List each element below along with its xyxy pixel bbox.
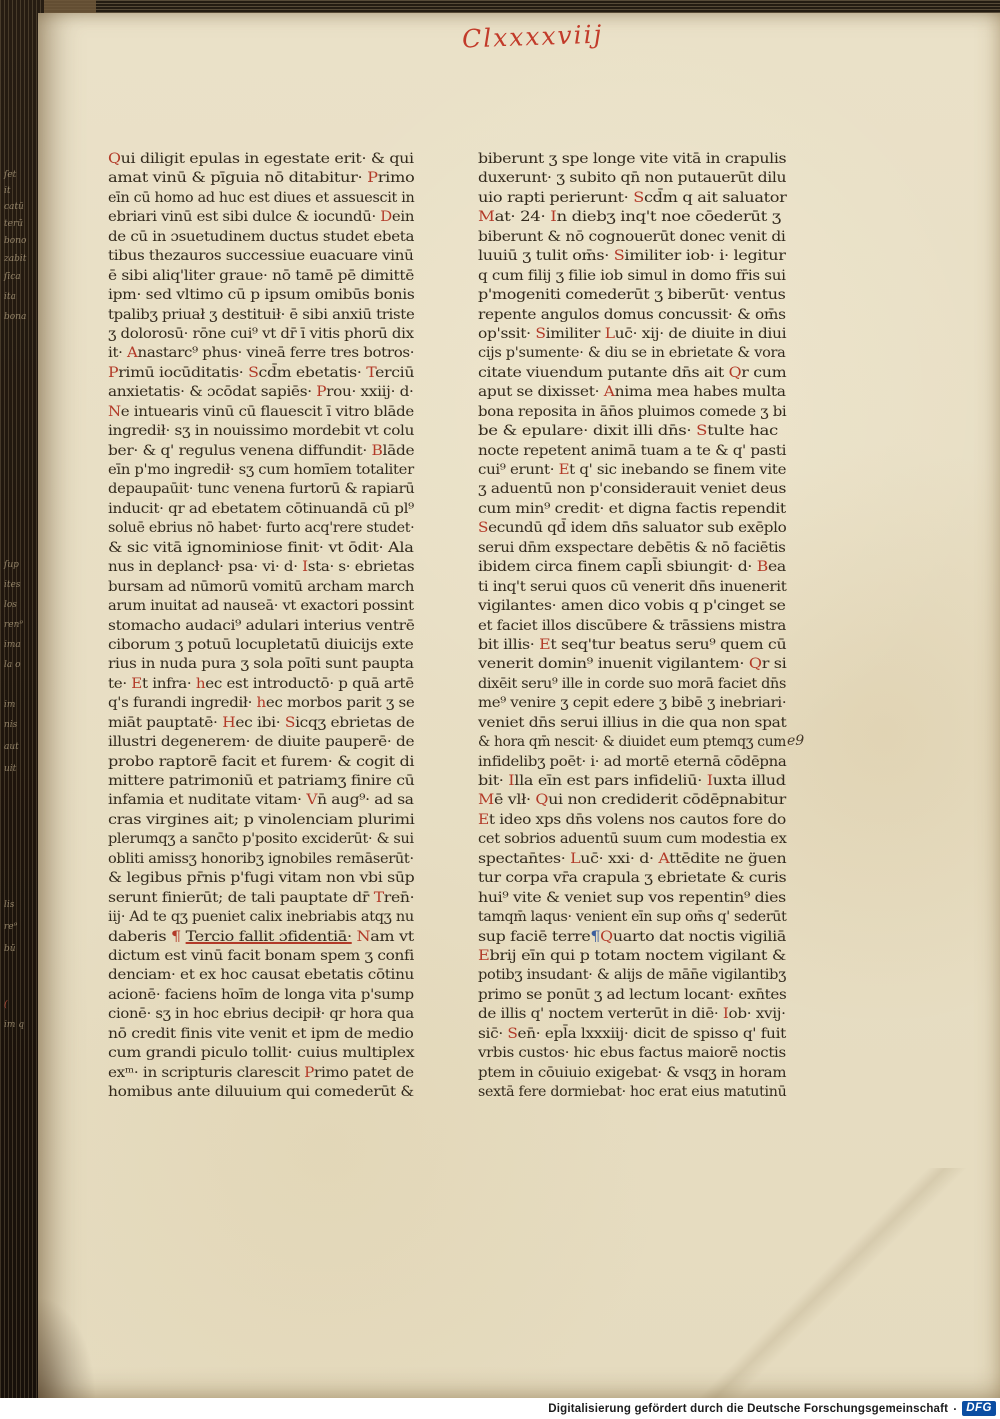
text-segment: duxerunt· ʒ subito qn̄ non putauerūt dil… [478, 170, 786, 186]
text-line: cum min⁹ credit· et digna factis rependi… [478, 500, 786, 519]
text-line: aput se dixisset· Anima mea habes multa [478, 383, 786, 402]
text-segment: ʒ dolorosū· rōne cui⁹ vt dr̄ ī vitis pho… [108, 326, 414, 342]
text-segment: tulte hac [707, 423, 778, 439]
text-segment: en̄· epl̄a lxxxiij· dicit de spisso q' f… [518, 1026, 786, 1042]
text-line: vigilantes· amen dico vobis q p'cinget s… [478, 597, 786, 616]
marginalia-fragment: im [4, 700, 15, 710]
text-segment: Q [535, 792, 548, 808]
text-line: & sic vitā ignominiose finit· vt ōdit· A… [108, 539, 414, 558]
text-line: & hora qm̄ nescit· & diuidet eum ptemqʒ … [478, 733, 786, 752]
text-line: q cum filij ʒ filie iob simul in domo fr… [478, 267, 786, 286]
marginalia-fragment: ita [4, 292, 16, 302]
text-segment: repente angulos domus concussit· & om̄s [478, 307, 786, 323]
text-line: sic̄· Sen̄· epl̄a lxxxiij· dicit de spis… [478, 1025, 786, 1044]
text-segment: cum min⁹ credit· et digna factis rependi… [478, 501, 786, 517]
text-segment: Q [749, 656, 762, 672]
text-column-left: Qui diligit epulas in egestate erit· & q… [108, 150, 414, 1102]
text-segment: at· 24· [495, 209, 551, 225]
text-segment: sup faciē terre [478, 929, 590, 945]
text-segment: n̄ aug⁹· ad sa [317, 792, 414, 808]
dfg-logo: DFG [962, 1401, 996, 1416]
text-segment: soluē ebrius nō habet· furto acq'rere st… [108, 520, 414, 536]
text-segment: exᵐ· in scripturis clarescit [108, 1065, 304, 1081]
text-line: cras virgines ait; p vinolenciam plurimi [108, 811, 414, 830]
text-segment: bit illis· [478, 637, 539, 653]
marginalia-fragment: ren⁹ [4, 620, 23, 630]
text-segment: r cum [741, 365, 786, 381]
text-segment: M [478, 209, 495, 225]
text-segment: rimo patet de [314, 1065, 414, 1081]
text-segment: P [316, 384, 326, 400]
text-segment: ti inq't serui quos cū venerit dn̄s inue… [478, 579, 786, 595]
text-line: arum inuitat ad nauseā· vt exactori poss… [108, 597, 414, 616]
text-line: biberunt ʒ spe longe vite vitā in crapul… [478, 150, 786, 169]
text-segment: rou· xxiij· d· [326, 384, 413, 400]
text-segment: E [478, 948, 489, 964]
text-segment: sic̄· [478, 1026, 507, 1042]
text-segment: e intuearis vinū cū flauescit ī vitro bl… [121, 404, 414, 420]
text-segment: iij· Ad te qʒ pueniet calix inebriabis a… [108, 909, 414, 925]
text-line: Qui diligit epulas in egestate erit· & q… [108, 150, 414, 169]
text-segment: aput se dixisset· [478, 384, 604, 400]
text-segment: ob· xvij· [729, 1006, 786, 1022]
digitization-credit-text: Digitalisierung gefördert durch die Deut… [548, 1403, 948, 1415]
text-line: sup faciē terre¶Quarto dat noctis vigili… [478, 928, 786, 947]
text-line: infamia et nuditate vitam· Vn̄ aug⁹· ad … [108, 791, 414, 810]
text-line: dictum est vinū facit bonam spem ʒ confi [108, 947, 414, 966]
text-line: eīn cū homo ad huc est diues et assuesci… [108, 189, 414, 208]
text-line: soluē ebrius nō habet· furto acq'rere st… [108, 519, 414, 538]
text-segment: uc̄· xxi· d· [580, 851, 658, 867]
text-segment: eīn cū homo ad huc est diues et assuesci… [108, 190, 414, 206]
text-line: it· Anastarc⁹ phus· vineā ferre tres bot… [108, 344, 414, 363]
text-segment: uxta illud [713, 773, 786, 789]
text-line: hui⁹ vite & veniet sup vos repentin⁹ die… [478, 889, 786, 908]
text-segment: dictum est vinū facit bonam spem ʒ confi [108, 948, 414, 964]
text-segment: & legibus pr̄nis p'fugi vitam non vbi sū… [108, 870, 414, 886]
text-line: miāt pauptatē· Hec ibi· Sicqʒ ebrietas d… [108, 714, 414, 733]
marginalia-fragment: im q [4, 1020, 24, 1030]
text-segment: ecundū qd̄ idem dn̄s saluator sub exēplo [488, 520, 786, 536]
text-segment: ec est introductō· p quā artē [205, 676, 414, 692]
text-line: luuiū ʒ tulit om̄s· Similiter iob· i· le… [478, 247, 786, 266]
text-line: eīn p'mo ingredił· sʒ cum homīem totalit… [108, 461, 414, 480]
scanned-book-page: Clxxxxviij Qui diligit epulas in egestat… [0, 0, 1000, 1419]
text-segment: sextā fere dormiebat· hoc erat eius matu… [478, 1084, 786, 1100]
text-line: & legibus pr̄nis p'fugi vitam non vbi sū… [108, 869, 414, 888]
text-line: ē sibi aliq'liter graue· nō tamē pē dimi… [108, 267, 414, 286]
text-line: bursam ad nūmorū vomitū archam march [108, 578, 414, 597]
text-segment: t q' sic inebando se finem vite [569, 462, 786, 478]
text-segment: P [304, 1065, 314, 1081]
text-line: me⁹ venire ʒ cepit edere ʒ bibē ʒ inebri… [478, 694, 786, 713]
text-segment: erciū [375, 365, 414, 381]
text-line: tpalibʒ priuał ʒ destituił· ē sibi anxiū… [108, 306, 414, 325]
text-segment: ren̄· [384, 890, 414, 906]
text-segment: ber· & q' regulus venena diffundit· [108, 443, 372, 459]
text-segment: ipm· sed vltimo cū p ipsum omibūs bonis [108, 287, 414, 303]
text-segment: t seq'tur beatus seru⁹ quem cū [550, 637, 786, 653]
folio-number: Clxxxxviij [462, 20, 604, 54]
text-line: Primū iocūditatis· Scd̄m ebetatis· Terci… [108, 364, 414, 383]
text-line: uio rapti perierunt· Scd̄m q ait saluato… [478, 189, 786, 208]
marginalia-fragment: bono [4, 236, 26, 246]
text-segment: brij eīn qui p totam noctem vigilant & [489, 948, 785, 964]
text-segment: serunt finierūt; de tali pauptate dr̄ [108, 890, 374, 906]
marginalia-left: ſetitcatūterūbonozabitſicaitabonaſupites… [2, 0, 36, 1419]
text-segment: denciam· et ex hoc causat ebetatis cōtin… [108, 967, 414, 983]
text-line: obliti amissʒ honoribʒ ignobiles remāser… [108, 850, 414, 869]
text-segment: & sic vitā ignominiose finit· vt ōdit· A… [108, 540, 413, 556]
marginalia-fragment: ſica [4, 272, 21, 282]
text-segment: p'mogeniti comederūt ʒ biberūt· ventus [478, 287, 786, 303]
text-segment: S [696, 423, 707, 439]
marginalia-fragment: aut [4, 742, 19, 752]
text-segment: it· [108, 345, 127, 361]
text-segment: obliti amissʒ honoribʒ ignobiles remāser… [108, 851, 414, 867]
text-segment: probo raptorē facit et furem· & cogit di [108, 754, 414, 770]
text-segment: E [539, 637, 550, 653]
text-segment: me⁹ venire ʒ cepit edere ʒ bibē ʒ inebri… [478, 695, 786, 711]
text-segment: spectan̄tes· [478, 851, 570, 867]
text-line: cum grandi piculo tollit· cuius multiple… [108, 1044, 414, 1063]
marginalia-fragment: ites [4, 580, 20, 590]
text-segment: et faciet illos discūbere & trāssiens mi… [478, 618, 786, 634]
text-segment: plerumqʒ a sanc̄to p'posito exciderūt· &… [108, 831, 414, 847]
text-segment: uc̄· xij· de diuite in diui [615, 326, 787, 342]
text-line: plerumqʒ a sanc̄to p'posito exciderūt· &… [108, 830, 414, 849]
text-line: bit illis· Et seq'tur beatus seru⁹ quem … [478, 636, 786, 655]
text-segment: cd̄m q ait saluator [644, 190, 787, 206]
marginalia-fragment: lis [4, 900, 14, 910]
text-segment: citate viuendum putante dn̄s ait [478, 365, 729, 381]
marginalia-fragment: los [4, 600, 17, 610]
text-segment: N [356, 929, 370, 945]
text-column-right: biberunt ʒ spe longe vite vitā in crapul… [478, 150, 786, 1102]
text-segment: uio rapti perierunt· [478, 190, 633, 206]
text-segment: cui⁹ erunt· [478, 462, 559, 478]
text-segment: E [478, 812, 489, 828]
text-line: vrbis custos· hic ebus factus maiorē noc… [478, 1044, 786, 1063]
text-line: nocte repetent animā tuam a te & q' past… [478, 442, 786, 461]
text-segment: ʒ aduentū non p'considerauit veniet deus [478, 481, 786, 497]
text-segment: bona reposita in ān̄os pluimos comede ʒ … [478, 404, 786, 420]
text-line: probo raptorē facit et furem· & cogit di [108, 753, 414, 772]
text-segment: cum grandi piculo tollit· cuius multiple… [108, 1045, 414, 1061]
text-segment: dixēit seru⁹ ille in corde suo morā faci… [478, 676, 786, 692]
text-segment: nus in deplancł· psa· vi· d· [108, 559, 302, 575]
text-line: exᵐ· in scripturis clarescit Primo patet… [108, 1064, 414, 1083]
text-line: nus in deplancł· psa· vi· d· Ista· s· eb… [108, 558, 414, 577]
text-segment: cet sobrios aduentū suum cum modestia ex [478, 831, 787, 847]
text-segment: tpalibʒ priuał ʒ destituił· ē sibi anxiū… [108, 307, 414, 323]
text-line: cijs p'sumente· & diu se in ebrietate & … [478, 344, 786, 363]
text-segment: homibus ante diluuium qui comederūt & [108, 1084, 414, 1100]
text-segment: ibidem circa finem capl̄i sbiungit· d· [478, 559, 757, 575]
text-segment: B [372, 443, 383, 459]
text-segment: & hora qm̄ nescit· & diuidet eum ptemqʒ … [478, 734, 786, 750]
text-segment: ebriari vinū est sibi dulce & iocundū· [108, 209, 380, 225]
text-segment: S [535, 326, 545, 342]
text-line: ʒ dolorosū· rōne cui⁹ vt dr̄ ī vitis pho… [108, 325, 414, 344]
text-segment: ttēdite ne g̈uen [669, 851, 786, 867]
text-line: duxerunt· ʒ subito qn̄ non putauerūt dil… [478, 169, 786, 188]
text-line: ber· & q' regulus venena diffundit· Blād… [108, 442, 414, 461]
marginalia-fragment: it [4, 186, 11, 196]
text-segment: stomacho audaci⁹ adulari interius ventrē [108, 618, 415, 634]
text-segment: miāt pauptatē· [108, 715, 222, 731]
text-segment: q cum filij ʒ filie iob simul in domo fr… [478, 268, 786, 284]
text-segment: ptem in cōuiuio exigebat· & vsqʒ in hora… [478, 1065, 786, 1081]
marginalia-fragment: ima [4, 640, 21, 650]
text-segment: cd̄m ebetatis· [259, 365, 367, 381]
text-line: Et ideo xps dn̄s volens nos cautos fore … [478, 811, 786, 830]
text-line: ingredił· sʒ in nouissimo mordebit vt co… [108, 422, 414, 441]
text-segment: infamia et nuditate vitam· [108, 792, 306, 808]
marginalia-fragment: bū [4, 944, 16, 954]
text-line: bona reposita in ān̄os pluimos comede ʒ … [478, 403, 786, 422]
text-segment: ec morbos parit ʒ se [266, 695, 415, 711]
text-segment: h [196, 676, 205, 692]
text-line: nō credit finis vite venit et ipm de med… [108, 1025, 414, 1044]
text-line: daberis ¶ Tercio fallit ɔfidentiā· Nam v… [108, 928, 414, 947]
text-line: dixēit seru⁹ ille in corde suo morā faci… [478, 675, 786, 694]
marginalia-fragment: la o [4, 660, 21, 670]
marginalia-fragment: nis [4, 720, 17, 730]
text-segment: S [285, 715, 295, 731]
text-line: sextā fere dormiebat· hoc erat eius matu… [478, 1083, 786, 1102]
text-line: amat vinū & pīguia nō ditabitur· Primo [108, 169, 414, 188]
text-segment: vrbis custos· hic ebus factus maiorē noc… [478, 1045, 786, 1061]
text-segment: luuiū ʒ tulit om̄s· [478, 248, 614, 264]
text-line: homibus ante diluuium qui comederūt & [108, 1083, 414, 1102]
text-line: cui⁹ erunt· Et q' sic inebando se finem … [478, 461, 786, 480]
text-line: ciborum ʒ potuū locupletatū diuicijs ext… [108, 636, 414, 655]
text-line: infidelibʒ poēt· i· ad mortē eternā cōdē… [478, 753, 786, 772]
text-segment: tibus thezauros successiue euacuare vinū [108, 248, 414, 264]
text-segment: q's furandi ingredił· [108, 695, 257, 711]
text-segment: ¶ [590, 929, 600, 945]
text-segment: potibʒ insudant· & alijs de mān̄e vigila… [478, 967, 786, 983]
text-line: citate viuendum putante dn̄s ait Qr cum [478, 364, 786, 383]
text-line: tamqm̄ laqus· venient eīn sup om̄s q' se… [478, 908, 786, 927]
text-line: spectan̄tes· Luc̄· xxi· d· Attēdite ne g… [478, 850, 786, 869]
text-line: bit· Illa eīn est pars infideliū· Iuxta … [478, 772, 786, 791]
text-segment: ea [768, 559, 786, 575]
text-segment: nocte repetent animā tuam a te & q' past… [478, 443, 786, 459]
text-segment: lla eīn est pars infideliū· [514, 773, 706, 789]
text-segment: venerit domin⁹ inuenit vigilantem· [478, 656, 749, 672]
text-segment: bit· [478, 773, 508, 789]
text-segment: tamqm̄ laqus· venient eīn sup om̄s q' se… [478, 909, 786, 925]
text-segment: ein [392, 209, 414, 225]
text-line: stomacho audaci⁹ adulari interius ventrē [108, 617, 414, 636]
text-line: cet sobrios aduentū suum cum modestia ex [478, 830, 786, 849]
text-line: veniet dn̄s serui illius in die qua non … [478, 714, 786, 733]
text-line: ti inq't serui quos cū venerit dn̄s inue… [478, 578, 786, 597]
text-line: ebriari vinū est sibi dulce & iocundū· D… [108, 208, 414, 227]
text-segment: D [380, 209, 392, 225]
text-segment: arum inuitat ad nauseā· vt exactori poss… [108, 598, 414, 614]
text-line: op'ssit· Similiter Luc̄· xij· de diuite … [478, 325, 786, 344]
text-line: anxietatis· & ɔcōdat sapiēs· Prou· xxiij… [108, 383, 414, 402]
marginalia-fragment: terū [4, 219, 23, 229]
text-line: inducit· qr ad ebetatem cōtinuandā cū pl… [108, 500, 414, 519]
text-segment: L [605, 326, 615, 342]
text-line: Ebrij eīn qui p totam noctem vigilant & [478, 947, 786, 966]
text-line: ipm· sed vltimo cū p ipsum omibūs bonis [108, 286, 414, 305]
text-segment: V [306, 792, 317, 808]
marginalia-fragment: uit [4, 764, 16, 774]
text-segment: uarto dat noctis vigiliā [613, 929, 786, 945]
text-segment: A [604, 384, 615, 400]
text-segment: anxietatis· & ɔcōdat sapiēs· [108, 384, 316, 400]
text-line: venerit domin⁹ inuenit vigilantem· Qr si [478, 655, 786, 674]
text-line: denciam· et ex hoc causat ebetatis cōtin… [108, 966, 414, 985]
text-line: Mē vlł· Qui non crediderit cōdēpnabitur [478, 791, 786, 810]
text-line: mittere patrimoniū et patriamʒ finire cū [108, 772, 414, 791]
text-segment: nastarc⁹ phus· vineā ferre tres botros· [138, 345, 415, 361]
text-segment: infidelibʒ poēt· i· ad mortē eternā cōdē… [478, 754, 786, 770]
text-line: ʒ aduentū non p'considerauit veniet deus [478, 480, 786, 499]
text-segment: rimo [378, 170, 415, 186]
footer-separator: · [953, 1402, 957, 1416]
text-segment: cionē· sʒ in hoc ebrius decipił· qr hora… [108, 1006, 414, 1022]
text-segment: r si [762, 656, 787, 672]
text-segment: sta· s· ebrietas [308, 559, 415, 575]
text-line: et faciet illos discūbere & trāssiens mi… [478, 617, 786, 636]
text-segment: cras virgines ait; p vinolenciam plurimi [108, 812, 414, 828]
text-line: illustri degenerem· de diuite pauperē· d… [108, 733, 414, 752]
text-line: Ne intuearis vinū cū flauescit ī vitro b… [108, 403, 414, 422]
text-segment: Q [108, 151, 121, 167]
marginalia-fragment: re⁹ [4, 922, 17, 932]
text-segment: B [757, 559, 768, 575]
text-segment: biberunt ʒ spe longe vite vitā in crapul… [478, 151, 786, 167]
text-segment: rius in nuda pura ʒ sola poīti sunt paup… [108, 656, 414, 672]
text-segment: rimū iocūditatis· [118, 365, 248, 381]
text-line: ptem in cōuiuio exigebat· & vsqʒ in hora… [478, 1064, 786, 1083]
text-line: Mat· 24· In diebʒ inq't noe cōederūt ʒ [478, 208, 786, 227]
text-line: cionē· sʒ in hoc ebrius decipił· qr hora… [108, 1005, 414, 1024]
text-segment: A [127, 345, 137, 361]
text-line: iij· Ad te qʒ pueniet calix inebriabis a… [108, 908, 414, 927]
text-segment: S [248, 365, 258, 381]
text-line: de cū in ɔsuetudinem ductus studet ebeta [108, 228, 414, 247]
text-line: be & epulare· dixit illi dn̄s· Stulte ha… [478, 422, 786, 441]
text-segment: tur corpa vr̄a crapula ʒ ebrietate & cur… [478, 870, 786, 886]
text-line: p'mogeniti comederūt ʒ biberūt· ventus [478, 286, 786, 305]
text-segment: de illis q' noctem verterūt in diē· [478, 1006, 723, 1022]
text-segment: N [108, 404, 121, 420]
text-line: de illis q' noctem verterūt in diē· Iob·… [478, 1005, 786, 1024]
text-segment: veniet dn̄s serui illius in die qua non … [478, 715, 786, 731]
text-line: potibʒ insudant· & alijs de mān̄e vigila… [478, 966, 786, 985]
marginalia-fragment: ſup [4, 560, 19, 570]
text-line: serui dn̄m exspectare debētis & nō faciē… [478, 539, 786, 558]
digitization-footer: Digitalisierung gefördert durch die Deut… [0, 1398, 1000, 1419]
text-segment: T [374, 890, 384, 906]
text-line: ibidem circa finem capl̄i sbiungit· d· B… [478, 558, 786, 577]
text-segment: T [366, 365, 375, 381]
text-line: q's furandi ingredił· hec morbos parit ʒ… [108, 694, 414, 713]
text-segment: cijs p'sumente· & diu se in ebrietate & … [478, 345, 785, 361]
text-segment: P [108, 365, 118, 381]
text-segment: lāde [383, 443, 415, 459]
text-segment: A [658, 851, 669, 867]
text-segment: icqʒ ebrietas de [295, 715, 414, 731]
text-segment: am vt [370, 929, 414, 945]
text-segment: ui non crediderit cōdēpnabitur [548, 792, 786, 808]
text-segment: inducit· qr ad ebetatem cōtinuandā cū pl… [108, 501, 414, 517]
text-segment: imiliter [546, 326, 605, 342]
margin-note-right: e9 [787, 733, 804, 749]
text-segment: L [570, 851, 580, 867]
text-segment: t ideo xps dn̄s volens nos cautos fore d… [489, 812, 786, 828]
text-segment: acionē· faciens hoīm de longa vita p'sum… [108, 987, 414, 1003]
text-segment: vigilantes· amen dico vobis q p'cinget s… [478, 598, 786, 614]
text-segment: amat vinū & pīguia nō ditabitur· [108, 170, 367, 186]
text-segment: be & epulare· dixit illi dn̄s· [478, 423, 696, 439]
marginalia-fragment: zabit [4, 254, 26, 264]
text-segment: bursam ad nūmorū vomitū archam march [108, 579, 414, 595]
text-line: biberunt & nō cognouerūt donec venit di [478, 228, 786, 247]
text-segment: ē vlł· [494, 792, 535, 808]
text-segment: Tercio fallit ɔfidentiā· [186, 929, 352, 945]
text-segment: nima mea habes multa [615, 384, 786, 400]
text-segment: eīn p'mo ingredił· sʒ cum homīem totalit… [108, 462, 414, 478]
text-segment: te· [108, 676, 131, 692]
text-segment: depaupaūit· tunc venena furtorū & rapiar… [108, 481, 414, 497]
text-segment: ciborum ʒ potuū locupletatū diuicijs ext… [108, 637, 414, 653]
text-segment: op'ssit· [478, 326, 535, 342]
text-segment: S [614, 248, 625, 264]
text-segment: ¶ [171, 929, 186, 945]
text-segment: E [559, 462, 570, 478]
text-segment: ingredił· sʒ in nouissimo mordebit vt co… [108, 423, 414, 439]
text-line: rius in nuda pura ʒ sola poīti sunt paup… [108, 655, 414, 674]
text-segment: ui diligit epulas in egestate erit· & qu… [121, 151, 414, 167]
text-segment: E [131, 676, 142, 692]
text-segment: P [367, 170, 378, 186]
marginalia-fragment: catū [4, 202, 24, 212]
marginalia-fragment: bona [4, 312, 26, 322]
text-segment: illustri degenerem· de diuite pauperē· d… [108, 734, 414, 750]
text-segment: S [507, 1026, 517, 1042]
text-segment: S [633, 190, 644, 206]
text-segment: ec ibi· [235, 715, 285, 731]
text-line: acionē· faciens hoīm de longa vita p'sum… [108, 986, 414, 1005]
text-segment: serui dn̄m exspectare debētis & nō faciē… [478, 540, 786, 556]
text-segment: primo se ponūt ʒ ad lectum locant· exn̄t… [478, 987, 786, 1003]
text-line: serunt finierūt; de tali pauptate dr̄ Tr… [108, 889, 414, 908]
text-segment: M [478, 792, 494, 808]
text-segment: h [257, 695, 266, 711]
text-segment: Q [600, 929, 613, 945]
text-line: te· Et infra· hec est introductō· p quā … [108, 675, 414, 694]
marginalia-fragment: ( [4, 1000, 8, 1010]
text-segment: nō credit finis vite venit et ipm de med… [108, 1026, 414, 1042]
text-segment: imiliter iob· i· legitur [624, 248, 785, 264]
text-segment: t infra· [142, 676, 196, 692]
text-segment: hui⁹ vite & veniet sup vos repentin⁹ die… [478, 890, 786, 906]
text-segment: S [478, 520, 488, 536]
text-line: tibus thezauros successiue euacuare vinū [108, 247, 414, 266]
text-line: primo se ponūt ʒ ad lectum locant· exn̄t… [478, 986, 786, 1005]
text-segment: n diebʒ inq't noe cōederūt ʒ [556, 209, 780, 225]
text-segment: de cū in ɔsuetudinem ductus studet ebeta [108, 229, 414, 245]
text-segment: Q [729, 365, 742, 381]
